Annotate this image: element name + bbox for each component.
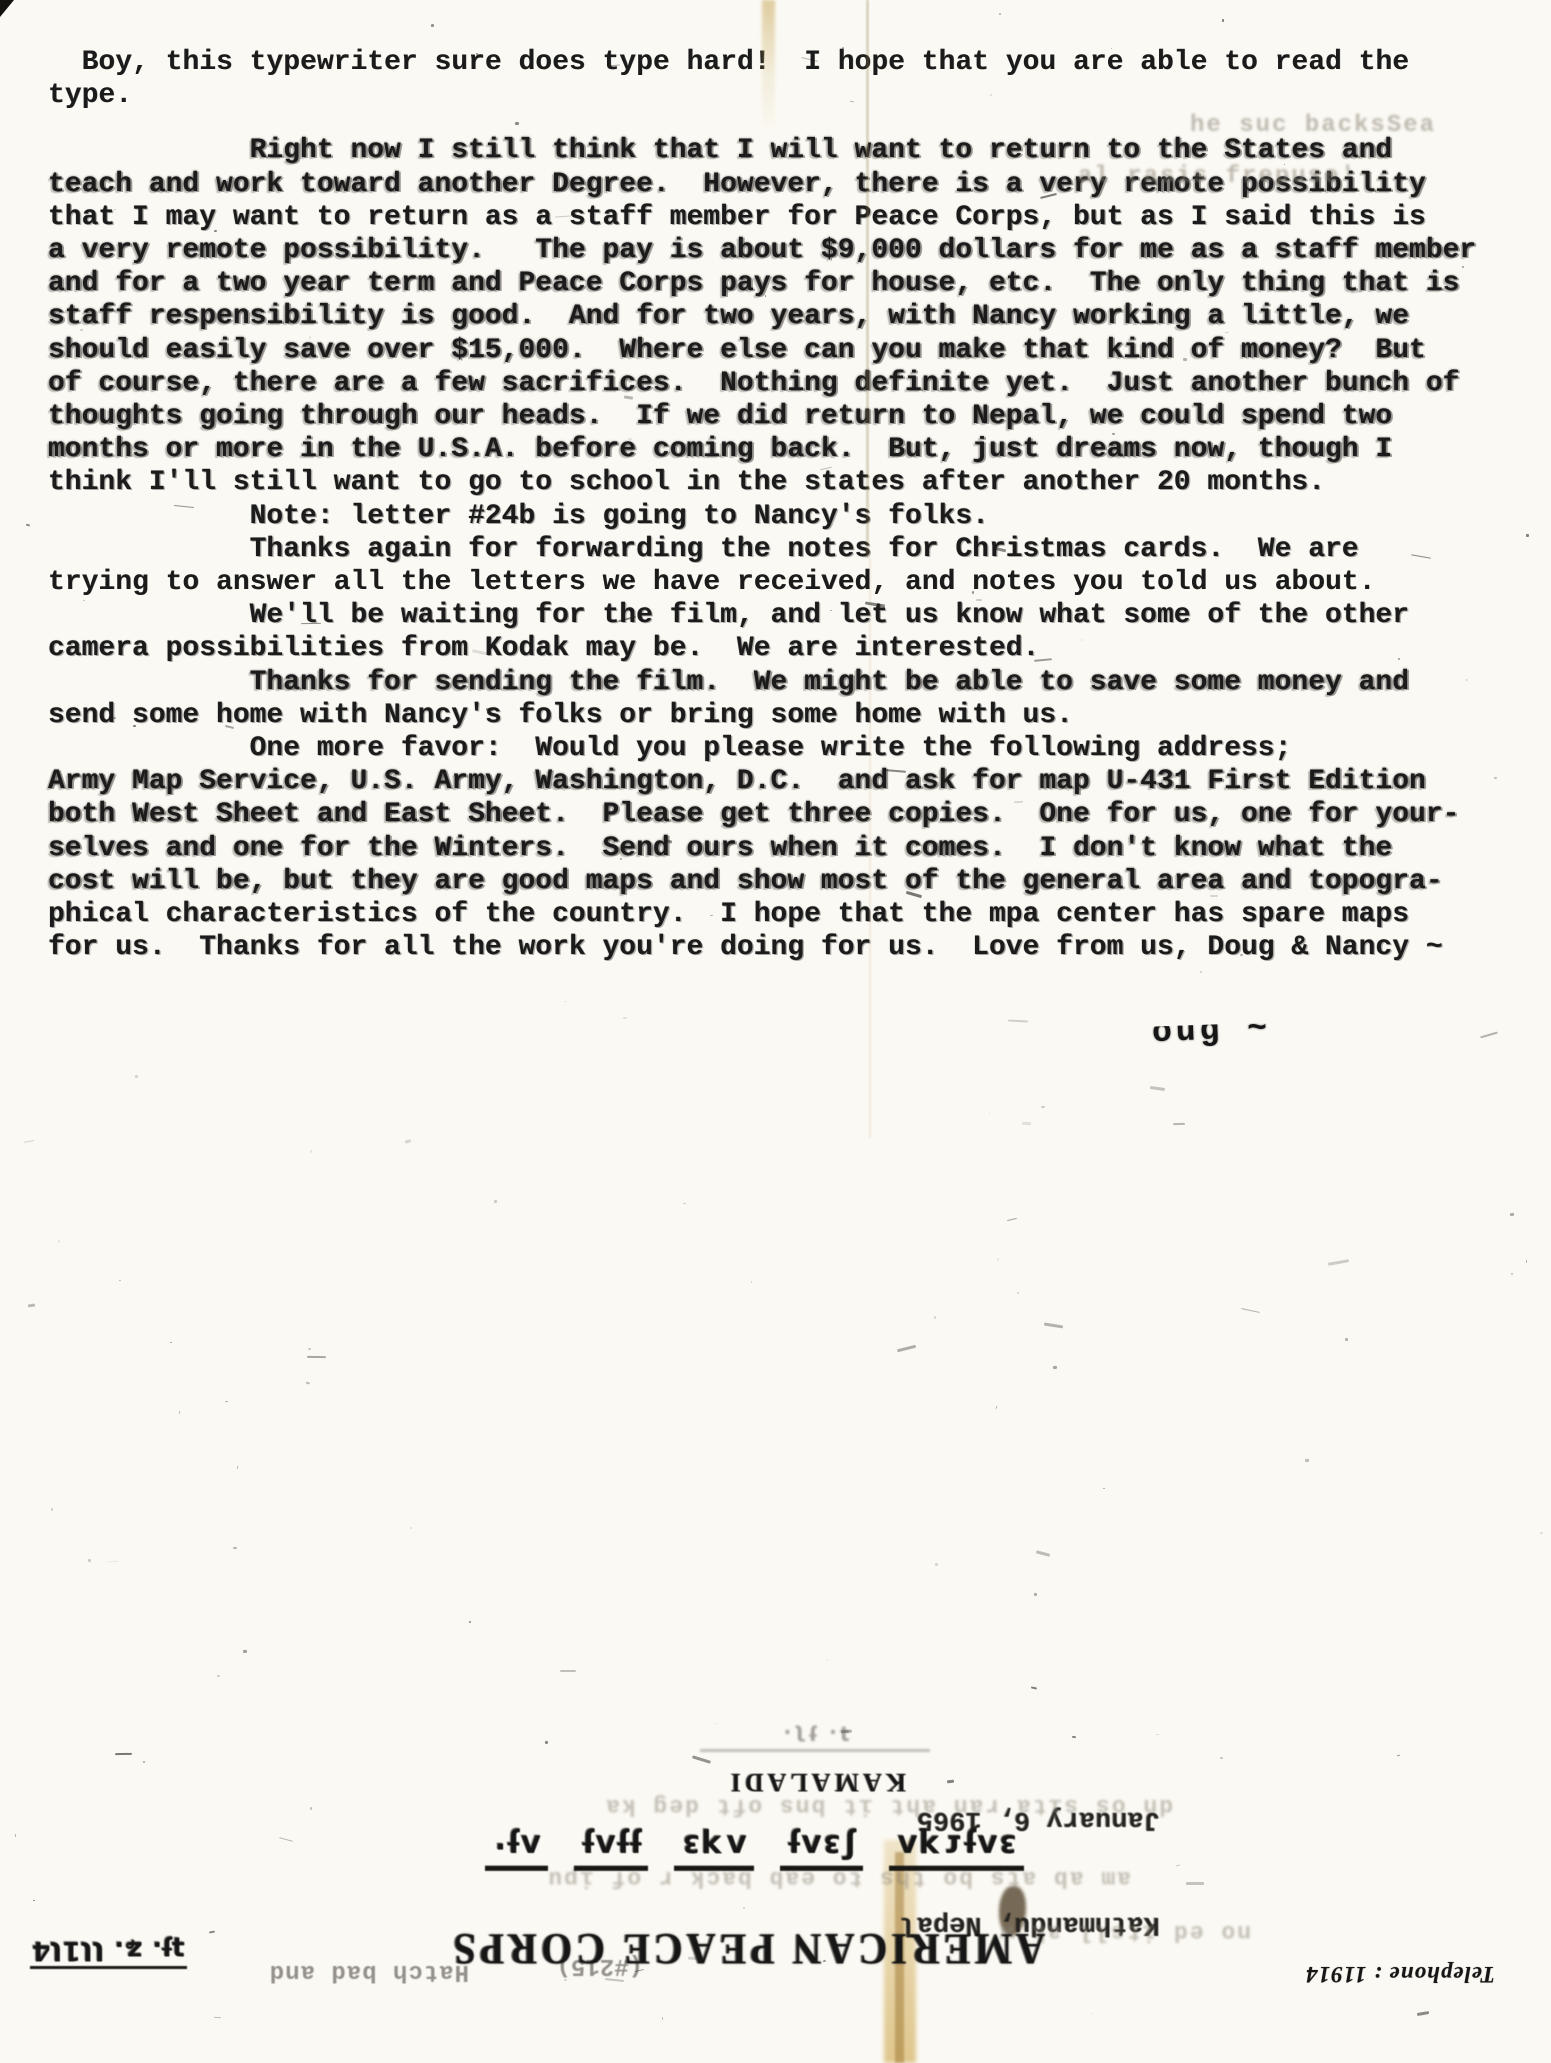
letter-line: Boy, this typewriter sure does type hard… [48, 46, 1508, 79]
speckle [683, 1203, 686, 1205]
letter-line: thoughts going through our heads. If we … [48, 400, 1508, 433]
speckle [1053, 1366, 1057, 1370]
letter-line: think I'll still want to go to school in… [48, 466, 1508, 499]
letterhead-devanagari-line: ɜʌɟɾʞʌʃɜʌɟʌʞɜɟɟʌɟʌɟ· [0, 1826, 1551, 1870]
devanagari-word-glyphs: ɜʌɟɾʞʌ [889, 1825, 1024, 1871]
speckle [307, 1356, 326, 1358]
letter-line: We'll be waiting for the film, and let u… [48, 599, 1508, 632]
letter-line: type. [48, 79, 1508, 112]
letter-line: a very remote possibility. The pay is ab… [48, 234, 1508, 267]
illegible-ghost-text: he suc backsSea [1190, 112, 1436, 139]
speckle [1150, 1086, 1165, 1091]
letter-line: months or more in the U.S.A. before comi… [48, 433, 1508, 466]
letter-line: trying to answer all the letters we have… [48, 566, 1508, 599]
letterhead-po-fragment: ʇ. ɟʅ. [700, 1723, 930, 1752]
speckle [1540, 1532, 1543, 1535]
speckle [1526, 534, 1529, 537]
speckle [1345, 1338, 1348, 1341]
speckle [989, 1113, 990, 1114]
letter-line: should easily save over $15,000. Where e… [48, 334, 1508, 367]
speckle [1328, 1259, 1349, 1266]
speckle [135, 1075, 138, 1078]
letter-line: cost will be, but they are good maps and… [48, 865, 1508, 898]
speckle [560, 1670, 576, 1672]
letterhead-org-name: AMERICAN PEACE CORPS [415, 1923, 1080, 1976]
speckle [1480, 1032, 1498, 1039]
letter-line: phical characteristics of the country. I… [48, 898, 1508, 931]
speckle [170, 1342, 172, 1343]
devanagari-word-glyphs: ɟɟʌɟ [574, 1825, 648, 1871]
speckle [225, 1401, 229, 1403]
speckle [996, 1406, 998, 1409]
letter-line: both West Sheet and East Sheet. Please g… [48, 798, 1508, 831]
speckle [88, 1559, 92, 1563]
letterhead-upside-down: Telephone : 11914 Kathmandu, Nepal Janua… [0, 1700, 1551, 2063]
letter-line: Army Map Service, U.S. Army, Washington,… [48, 765, 1508, 798]
devanagari-phone-glyphs: ʇɟ. ʑ. ƖƖ1Ɩ4 [30, 1934, 187, 1969]
speckle [751, 1281, 752, 1283]
scanned-letter-page: Boy, this typewriter sure does type hard… [0, 0, 1551, 2063]
speckle [1031, 1686, 1037, 1689]
speckle [469, 1621, 471, 1623]
speckle [565, 1001, 567, 1003]
letterhead-location: KAMALADI [0, 1767, 1551, 1797]
letter-line: and for a two year term and Peace Corps … [48, 267, 1508, 300]
speckle [1200, 971, 1202, 973]
speckle [405, 1139, 411, 1144]
speckle [1103, 1488, 1105, 1489]
speckle [237, 1466, 239, 1469]
letter-line: that I may want to return as a staff mem… [48, 201, 1508, 234]
speckle [24, 1140, 34, 1143]
letter-line: of course, there are a few sacrifices. N… [48, 367, 1508, 400]
speckle [1511, 1273, 1513, 1275]
speckle [1034, 1593, 1038, 1597]
devanagari-word-glyphs: ʌʞɜ [674, 1825, 754, 1871]
devanagari-word-glyphs: ʌɟ· [485, 1825, 548, 1871]
letter-line: for us. Thanks for all the work you're d… [48, 931, 1508, 964]
speckle [1173, 1123, 1185, 1125]
letter-line: staff respensibility is good. And for tw… [48, 300, 1508, 333]
letter-line: send some home with Nancy's folks or bri… [48, 699, 1508, 732]
speckle [58, 1240, 60, 1243]
letter-line: Thanks for sending the film. We might be… [48, 666, 1508, 699]
speckle [1036, 1550, 1050, 1557]
speckle [827, 1659, 829, 1661]
letter-line: selves and one for the Winters. Send our… [48, 832, 1508, 865]
speckle [897, 1345, 916, 1352]
speckle [934, 1316, 936, 1319]
speckle [1241, 1308, 1259, 1313]
speckle [1510, 1213, 1514, 1216]
letter-line: One more favor: Would you please write t… [48, 732, 1508, 765]
speckle [999, 13, 1001, 16]
speckle [997, 1258, 999, 1261]
speckle [1022, 1122, 1031, 1125]
letterhead-telephone-devanagari: ʇɟ. ʑ. ƖƖ1Ɩ4 [30, 1904, 243, 1997]
speckle [1017, 1292, 1019, 1294]
speckle [1008, 1019, 1028, 1022]
speckle [1305, 1459, 1309, 1462]
letter-line: Note: letter #24b is going to Nancy's fo… [48, 500, 1508, 533]
speckle [306, 1382, 310, 1384]
speckle [233, 1547, 237, 1550]
speckle [1222, 19, 1224, 22]
speckle [1044, 1323, 1063, 1329]
corner-scan-nick [0, 0, 14, 17]
letter-line: Thanks again for forwarding the notes fo… [48, 533, 1508, 566]
speckle [179, 1411, 180, 1414]
speckle [308, 1348, 312, 1350]
letter-line: camera possibilities from Kodak may be. … [48, 632, 1508, 665]
speckle [26, 524, 30, 526]
speckle [1041, 1106, 1045, 1108]
speckle [410, 1527, 413, 1530]
signature-bleed-fragment: oug ~ [1151, 1010, 1271, 1051]
speckle [217, 1675, 220, 1678]
letterhead-telephone: Telephone : 11914 [1305, 1961, 1495, 1987]
speckle [310, 1150, 313, 1153]
speckle [51, 1508, 53, 1512]
speckle [494, 1200, 498, 1204]
devanagari-word-glyphs: ʃɜʌɟ [780, 1825, 863, 1871]
speckle [243, 1650, 247, 1653]
speckle [107, 1561, 119, 1563]
speckle [623, 1017, 627, 1019]
speckle [119, 1280, 121, 1282]
speckle [28, 1304, 35, 1308]
speckle [935, 1563, 939, 1567]
illegible-ghost-text: al rasis frepuse' [1078, 163, 1357, 190]
speckle [1007, 1218, 1017, 1222]
speckle [431, 24, 434, 27]
speckle [1526, 1260, 1527, 1263]
